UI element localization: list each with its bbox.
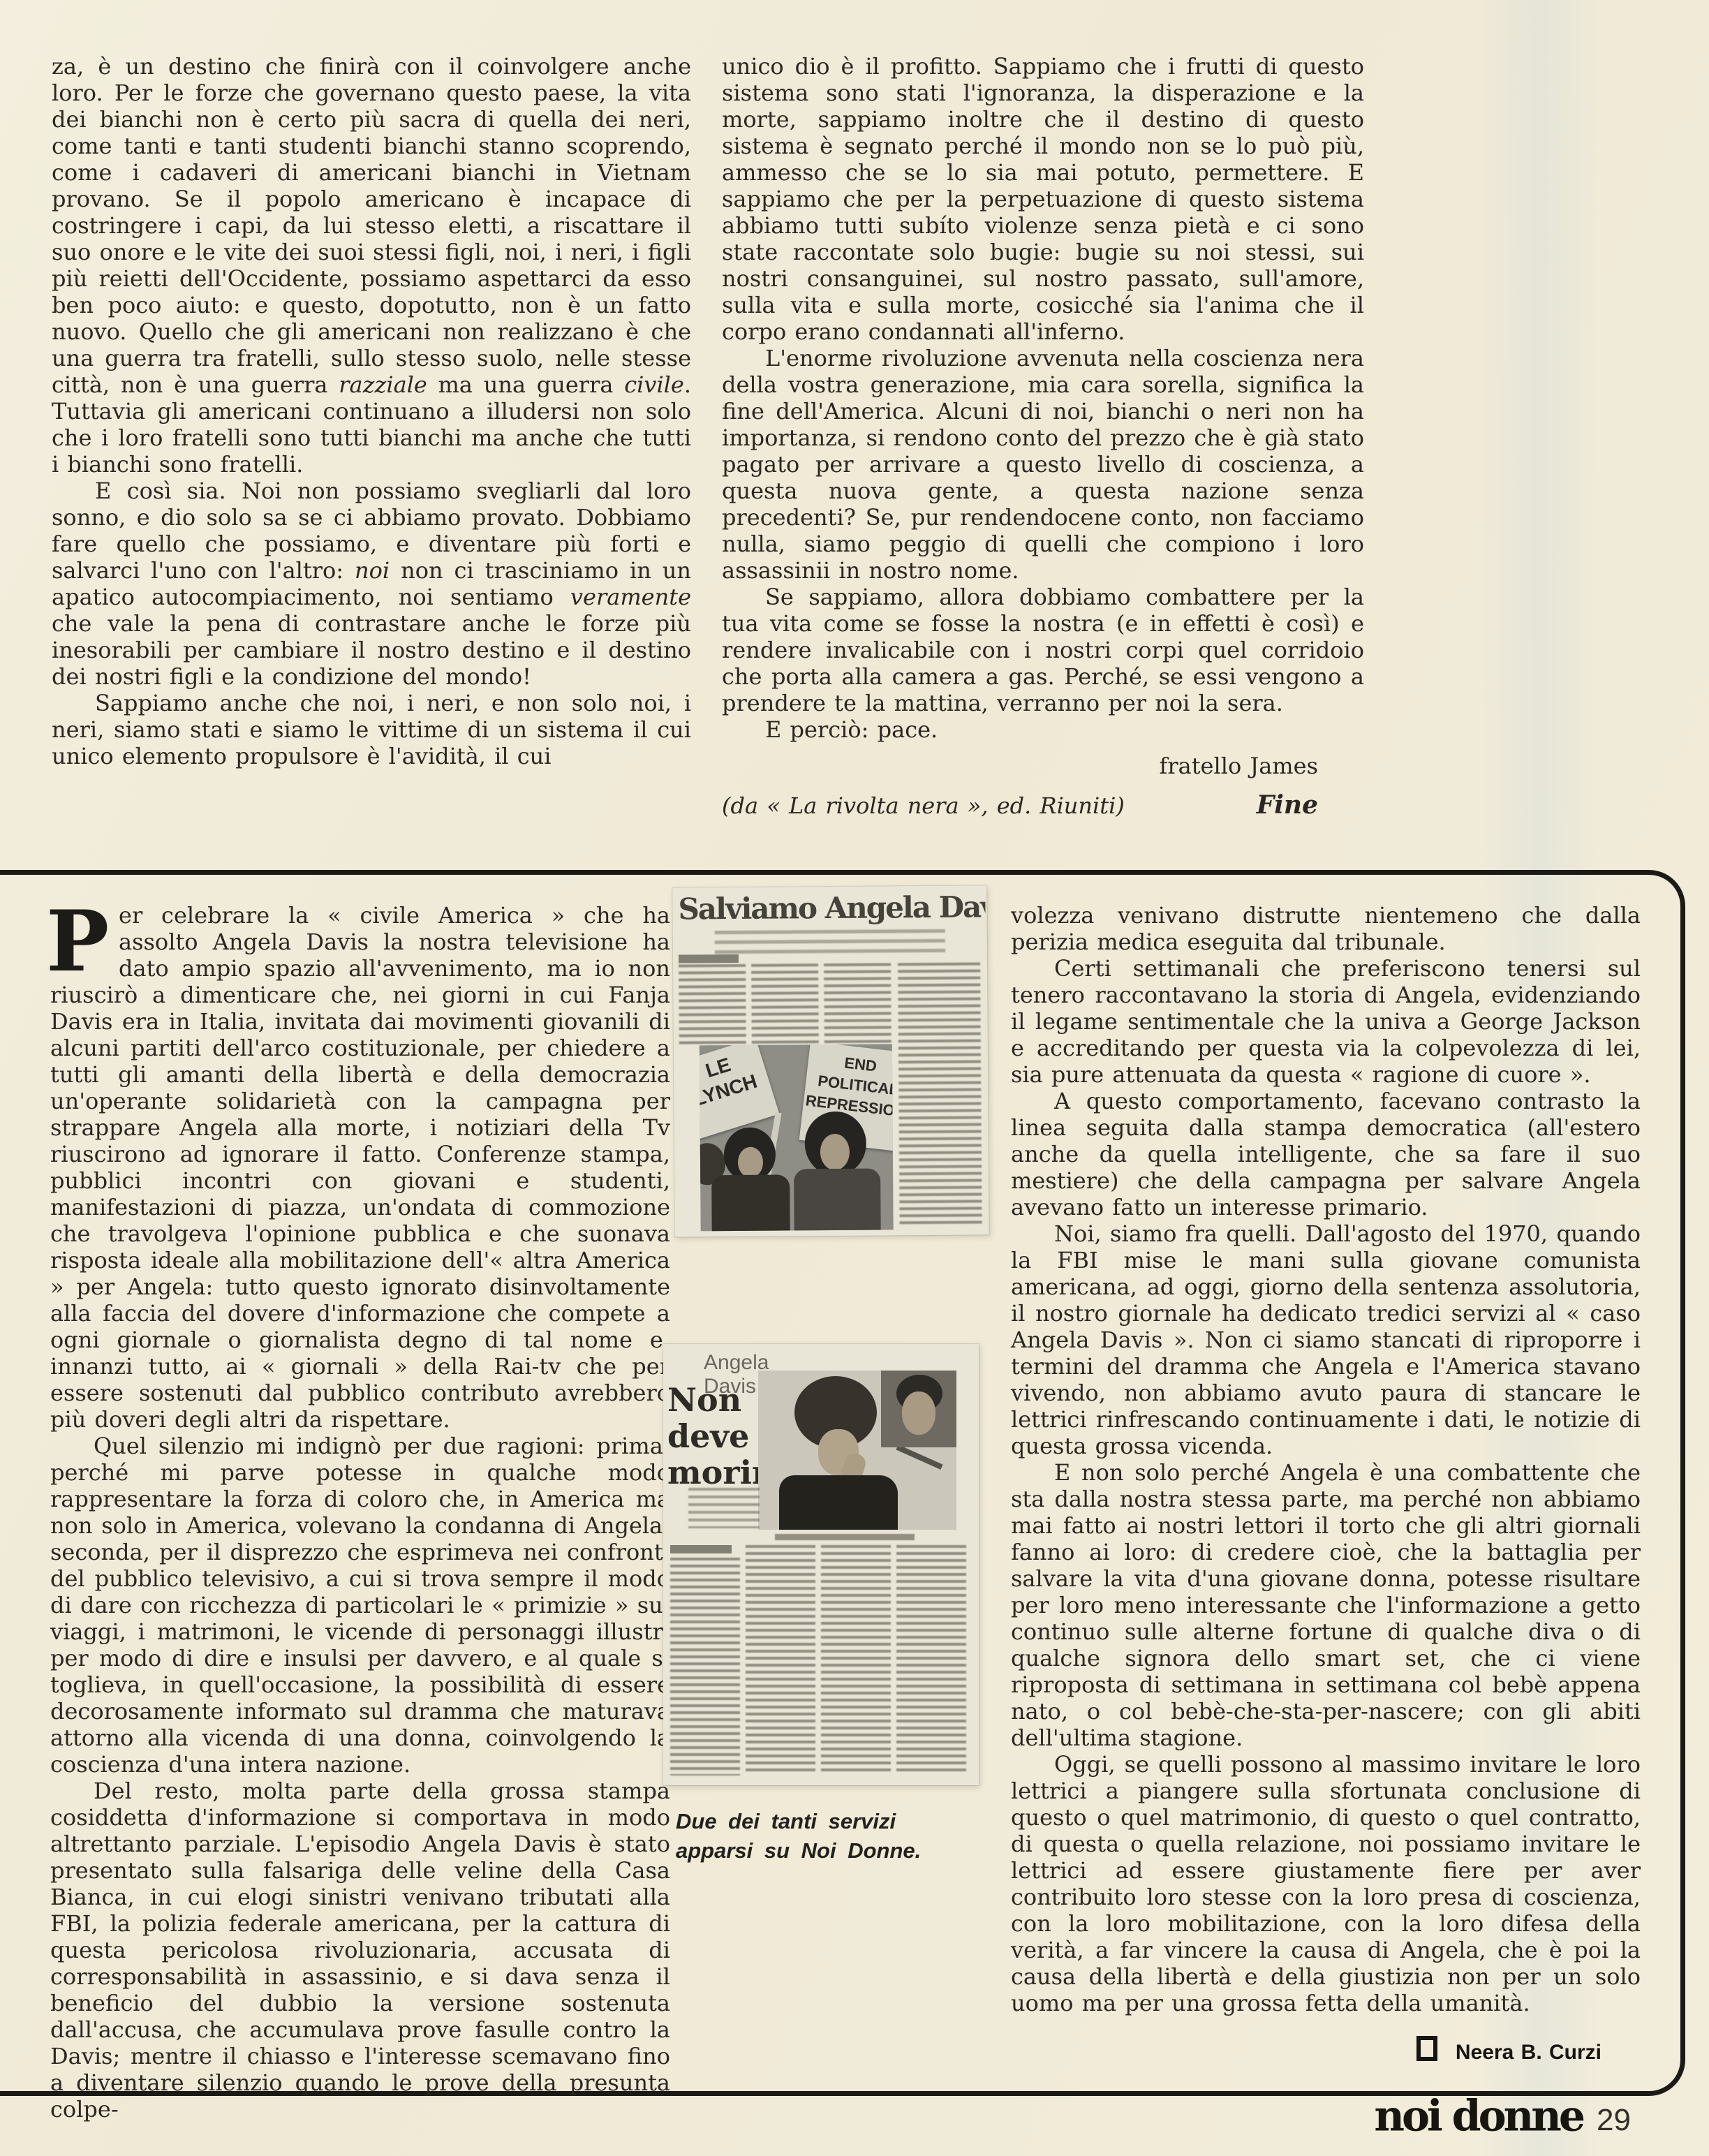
inset-face-oval [902,1391,935,1435]
paragraph: Del resto, molta parte della grossa stam… [50,1778,670,2122]
clippings-caption: Due dei tanti servizi apparsi su Noi Don… [676,1807,980,1866]
letter-column-2: unico dio è il profitto. Sappiamo che i … [722,53,1364,819]
chair-detail [896,1445,942,1470]
paragraph: E perciò: pace. [722,716,1364,743]
article-column-1: P er celebrare la « civile America » che… [50,902,670,2122]
clipping-text-column [670,1558,740,1775]
paragraph: er celebrare la « civile America » che h… [50,902,670,1433]
drop-cap: P [46,909,108,975]
paragraph: volezza venivano distrutte nientemeno ch… [1011,902,1641,955]
paragraph: Certi settimanali che preferiscono tener… [1011,955,1641,1088]
demonstrator-face [820,1134,850,1170]
paragraph: unico dio è il profitto. Sappiamo che i … [722,53,1364,345]
clipping-1-byline-bar [679,954,739,963]
demonstrator-face [738,1147,763,1178]
paragraph: E così sia. Noi non possiamo svegliarli … [52,478,691,690]
newspaper-clipping-non-deve-morire: Angela Davis Non deve morire [663,1344,979,1785]
clipping-text-column [821,1545,891,1775]
headline-line: morire [667,1454,772,1491]
letter-end-mark: Fine [1257,792,1364,818]
clipping-text-column [824,963,892,1044]
paragraph: A questo comportamento, facevano contras… [1011,1088,1641,1220]
letter-source: (da « La rivolta nera », ed. Riuniti) [722,792,1125,819]
clipping-2-byline-bar [670,1545,732,1553]
placard-lynching: LE LYNCH [700,1044,780,1140]
photo-caption-bar [775,1534,915,1540]
clipping-text-column [898,963,982,1229]
clipping-2-headline: Non deve morire [667,1382,772,1491]
clipping-text-column [679,964,746,1047]
byline-name: Neera B. Curzi [1456,2041,1601,2064]
demonstrator-body [711,1174,790,1231]
newspaper-clipping-salviamo: Salviamo Angela Davis LE LYNCH END POLIT… [672,885,989,1236]
demonstrator-body [794,1169,881,1232]
protest-photo: LE LYNCH END POLITICAL REPRESSION [700,1044,894,1231]
clipping-1-headline: Salviamo Angela Davis [678,889,985,928]
headline-line: deve [667,1418,772,1454]
clipping-2-deck-lines [688,1488,760,1528]
clipping-text-column [751,963,819,1047]
paragraph: E non solo perché Angela è una combatten… [1011,1459,1641,1751]
headline-line: Non [667,1382,772,1418]
clipping-1-deck-lines [715,929,945,959]
letter-column-1: za, è un destino che finirà con il coinv… [52,53,691,769]
page-number: 29 [1597,2103,1631,2138]
paragraph: Oggi, se quelli possono al massimo invit… [1011,1751,1641,2016]
article-column-3: volezza venivano distrutte nientemeno ch… [1011,902,1641,2066]
article-byline: Neera B. Curzi [1011,2036,1641,2066]
paragraph: Sappiamo anche che noi, i neri, e non so… [52,690,691,769]
angela-davis-photo [758,1371,956,1530]
byline-square-icon [1416,2036,1437,2061]
angela-torso [779,1475,898,1530]
inset-portrait [881,1371,956,1447]
letter-signature: fratello James [722,753,1364,779]
noi-donne-logo: noi donne [1374,2091,1583,2141]
article-column-1-text: er celebrare la « civile America » che h… [50,902,670,2122]
paragraph: Quel silenzio mi indignò per due ragioni… [50,1433,670,1778]
clipping-text-column [896,1545,966,1775]
article-column-3-text: volezza venivano distrutte nientemeno ch… [1011,902,1641,2016]
page-footer: noi donne 29 [1374,2092,1631,2141]
clipping-text-column [746,1545,815,1775]
paragraph: za, è un destino che finirà con il coinv… [52,53,691,478]
letter-source-row: (da « La rivolta nera », ed. Riuniti) Fi… [722,792,1364,819]
magazine-page: { "page": { "background": "#f0ead9", "in… [0,0,1709,2156]
paragraph: Noi, siamo fra quelli. Dall'agosto del 1… [1011,1220,1641,1459]
paragraph: L'enorme rivoluzione avvenuta nella cosc… [722,345,1364,584]
letter-column-2-text: unico dio è il profitto. Sappiamo che i … [722,53,1364,743]
paragraph: Se sappiamo, allora dobbiamo combattere … [722,584,1364,716]
